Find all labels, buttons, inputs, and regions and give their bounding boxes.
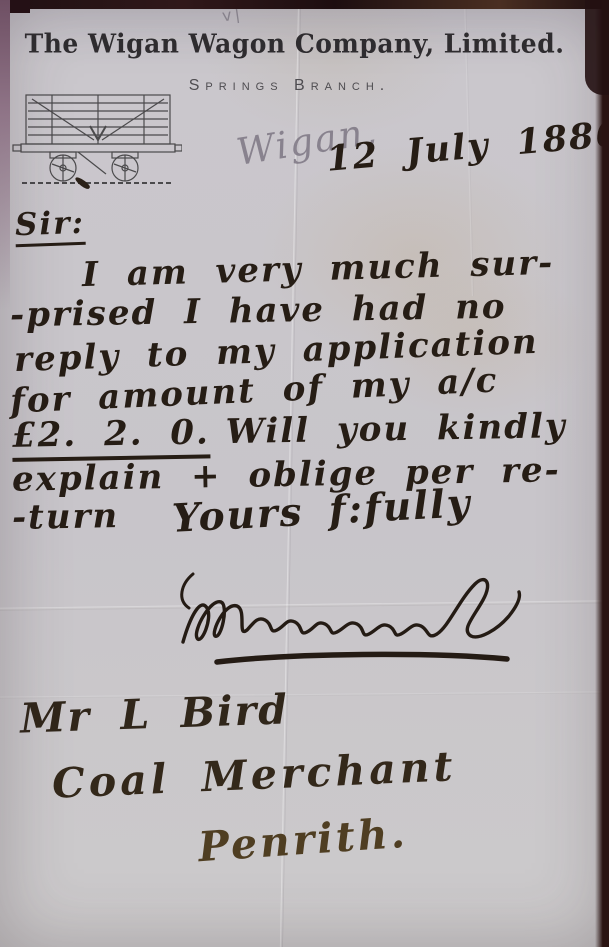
- account-amount: £2. 2. 0.: [12, 412, 211, 461]
- photo-edge-left: [0, 0, 10, 310]
- letter-photograph: v| The Wigan Wagon Company, Limited. Spr…: [0, 0, 609, 947]
- body-line: -turn: [12, 496, 120, 538]
- photo-edge-right: [595, 0, 609, 947]
- letter-paper: v| The Wigan Wagon Company, Limited. Spr…: [0, 0, 609, 947]
- recipient-name: Mr L Bird: [19, 685, 289, 742]
- photo-corner-top-right: [585, 0, 609, 95]
- salutation: Sir:: [14, 205, 85, 243]
- photo-edge-top: [0, 0, 609, 9]
- company-name: The Wigan Wagon Company, Limited.: [0, 28, 589, 58]
- coal-wagon-engraving-icon: [8, 82, 182, 186]
- recipient-occupation: Coal Merchant: [51, 742, 457, 808]
- body-line: Will you kindly: [225, 406, 566, 452]
- body-line-amount: £2. 2. 0.Will you kindly: [12, 406, 567, 456]
- signature-flourish: [175, 568, 570, 676]
- recipient-place: Penrith.: [197, 809, 410, 872]
